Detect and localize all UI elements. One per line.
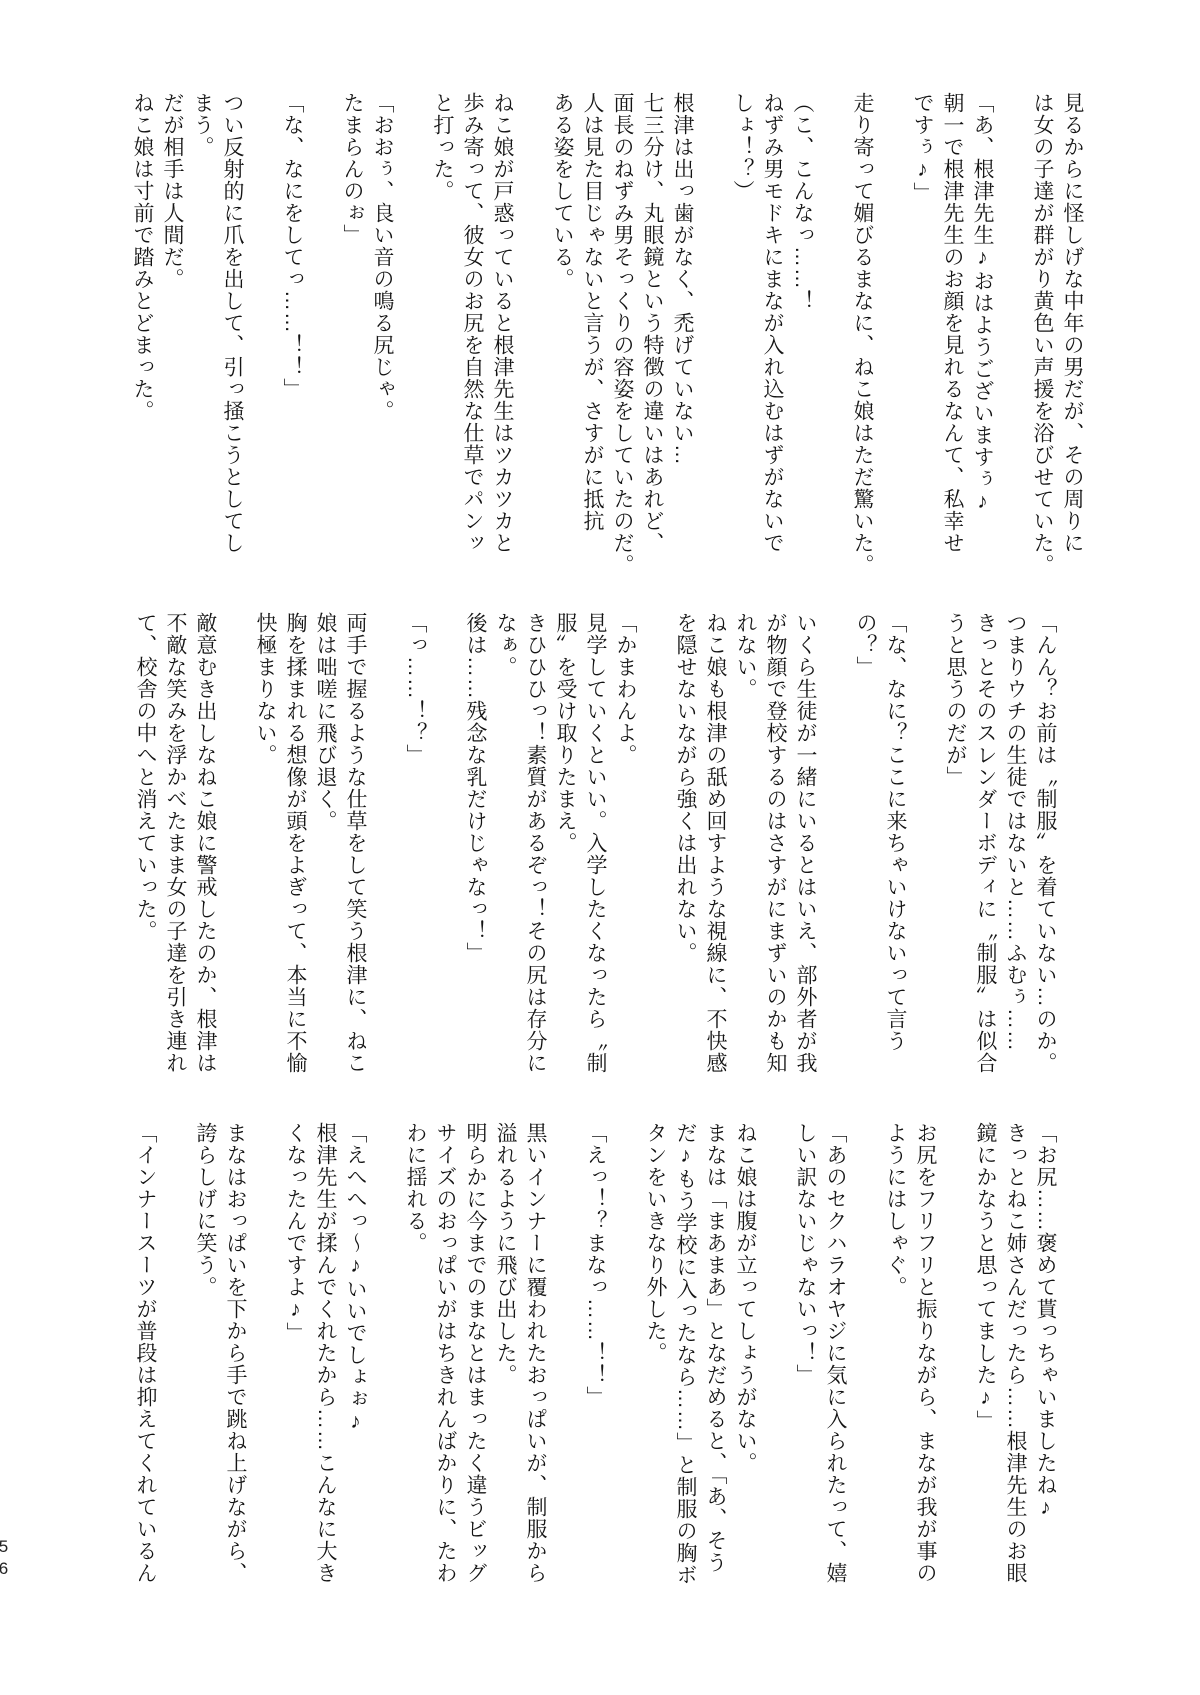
paragraph: 「かまわんよ。 見学していくといい。入学したくなったら〝制 服〟を受け取りたまえ…	[460, 612, 640, 1094]
text-band-bottom: 「お尻……褒めて貰っちゃいましたね♪ きっとねこ姉さんだったら……根津先生のお眼…	[130, 1122, 1060, 1612]
text-band-top: 見るからに怪しげな中年の男だが、その周りに は女の子達が群がり黄色い声援を浴びせ…	[127, 92, 1087, 582]
paragraph: 「あ、根津先生♪おはようございますぅ♪ 朝一で根津先生のお顔を見れるなんて、私幸…	[907, 92, 997, 582]
paragraph: （こ、こんなっ……！ ねずみ男モドキにまなが入れ込むはずがないで しょ！？）	[727, 92, 817, 582]
text-band-middle: 「んん？お前は〝制服〟を着ていない…のか。 つまりウチの生徒ではないと……ふむぅ…	[130, 612, 1060, 1094]
paragraph: いくら生徒が一緒にいるとはいえ、部外者が我 が物顔で登校するのはさすがにまずいの…	[670, 612, 820, 1094]
paragraph: 「な、なに？ここに来ちゃいけないって言う の？」	[850, 612, 910, 1094]
paragraph: 「お尻……褒めて貰っちゃいましたね♪ きっとねこ姉さんだったら……根津先生のお眼…	[970, 1122, 1060, 1612]
paragraph: 「っ……！？」	[400, 612, 430, 1094]
paragraph: 敵意むき出しなねこ娘に警戒したのか、根津は 不敵な笑みを浮かべたまま女の子達を引…	[130, 612, 220, 1094]
paragraph: 「えへへっ～♪いいでしょぉ♪ 根津先生が揉んでくれたから……こんなに大き くなっ…	[280, 1122, 370, 1612]
paragraph: ねこ娘は腹が立ってしょうがない。 まなは「まあまあ」となだめると、「あ、そう だ…	[640, 1122, 760, 1612]
paragraph: 「おおぅ、良い音の鳴る尻じゃ。 たまらんのぉ」	[337, 92, 397, 582]
paragraph: 「な、なにをしてっ……！！」	[277, 92, 307, 582]
paragraph: 黒いインナーに覆われたおっぱいが、制服から 溢れるように飛び出した。 明らかに今…	[400, 1122, 550, 1612]
paragraph: 「えっ！？まなっ……！！」	[580, 1122, 610, 1612]
paragraph: 「あのセクハラオヤジに気に入られたって、嬉 しい訳ないじゃないっ！」	[790, 1122, 850, 1612]
paragraph: 根津は出っ歯がなく、禿げていない… 七三分け、丸眼鏡という特徴の違いはあれど、 …	[547, 92, 697, 582]
paragraph: お尻をフリフリと振りながら、まなが我が事の ようにはしゃぐ。	[880, 1122, 940, 1612]
paragraph: 見るからに怪しげな中年の男だが、その周りに は女の子達が群がり黄色い声援を浴びせ…	[1027, 92, 1087, 582]
paragraph: まなはおっぱいを下から手で跳ね上げながら、 誇らしげに笑う。	[190, 1122, 250, 1612]
paragraph: 走り寄って媚びるまなに、ねこ娘はただ驚いた。	[847, 92, 877, 582]
paragraph: 「インナースーツが普段は抑えてくれているん	[130, 1122, 160, 1612]
paragraph: 両手で握るような仕草をして笑う根津に、ねこ 娘は咄嗟に飛び退く。 胸を揉まれる想…	[250, 612, 370, 1094]
paragraph: つい反射的に爪を出して、引っ掻こうとしてし まう。 だが相手は人間だ。 ねこ娘は…	[127, 92, 247, 582]
paragraph: ねこ娘が戸惑っていると根津先生はツカツカと 歩み寄って、彼女のお尻を自然な仕草で…	[427, 92, 517, 582]
page-number: 56	[0, 1537, 13, 1581]
paragraph: 「んん？お前は〝制服〟を着ていない…のか。 つまりウチの生徒ではないと……ふむぅ…	[940, 612, 1060, 1094]
novel-page: 見るからに怪しげな中年の男だが、その周りに は女の子達が群がり黄色い声援を浴びせ…	[0, 0, 1200, 1695]
